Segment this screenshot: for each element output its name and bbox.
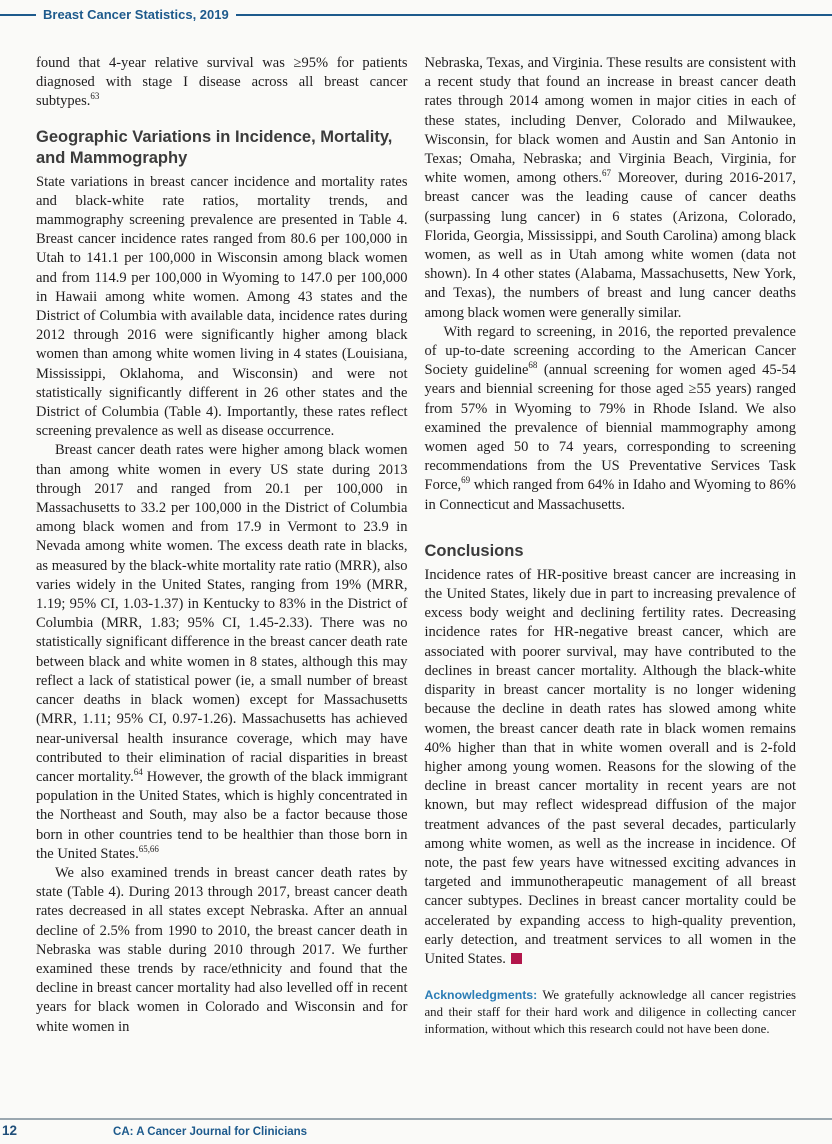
column-right: Nebraska, Texas, and Virginia. These res… xyxy=(425,54,797,1114)
reference-superscript: 63 xyxy=(90,92,99,102)
reference-superscript: 68 xyxy=(528,360,537,370)
body-paragraph: Nebraska, Texas, and Virginia. These res… xyxy=(425,54,797,323)
body-paragraph: With regard to screening, in 2016, the r… xyxy=(425,323,797,515)
journal-title: CA: A Cancer Journal for Clinicians xyxy=(113,1126,307,1138)
column-left: found that 4-year relative survival was … xyxy=(36,54,408,1114)
body-paragraph: Breast cancer death rates were higher am… xyxy=(36,441,408,863)
header-rule-left xyxy=(0,14,36,16)
body-paragraph: Incidence rates of HR-positive breast ca… xyxy=(425,566,797,969)
reference-superscript: 69 xyxy=(461,476,470,486)
footer-row: 12 CA: A Cancer Journal for Clinicians xyxy=(0,1120,832,1144)
reference-superscript: 65,66 xyxy=(139,844,159,854)
end-of-article-square-icon xyxy=(511,953,522,964)
acknowledgments: Acknowledgments: We gratefully acknowled… xyxy=(425,987,797,1037)
header-rule-right xyxy=(236,14,832,16)
acknowledgments-label: Acknowledgments: xyxy=(425,988,538,1002)
body-paragraph: State variations in breast cancer incide… xyxy=(36,173,408,442)
page-number: 12 xyxy=(2,1123,17,1138)
reference-superscript: 67 xyxy=(602,168,611,178)
running-head-title: Breast Cancer Statistics, 2019 xyxy=(43,7,229,22)
journal-page: Breast Cancer Statistics, 2019 found tha… xyxy=(0,0,832,1144)
page-header: Breast Cancer Statistics, 2019 xyxy=(0,0,832,22)
page-footer: 12 CA: A Cancer Journal for Clinicians xyxy=(0,1118,832,1144)
section-heading: Geographic Variations in Incidence, Mort… xyxy=(36,127,408,169)
article-body: found that 4-year relative survival was … xyxy=(0,54,832,1114)
reference-superscript: 64 xyxy=(134,767,143,777)
section-heading: Conclusions xyxy=(425,541,797,562)
body-paragraph: We also examined trends in breast cancer… xyxy=(36,864,408,1037)
body-paragraph: found that 4-year relative survival was … xyxy=(36,54,408,112)
